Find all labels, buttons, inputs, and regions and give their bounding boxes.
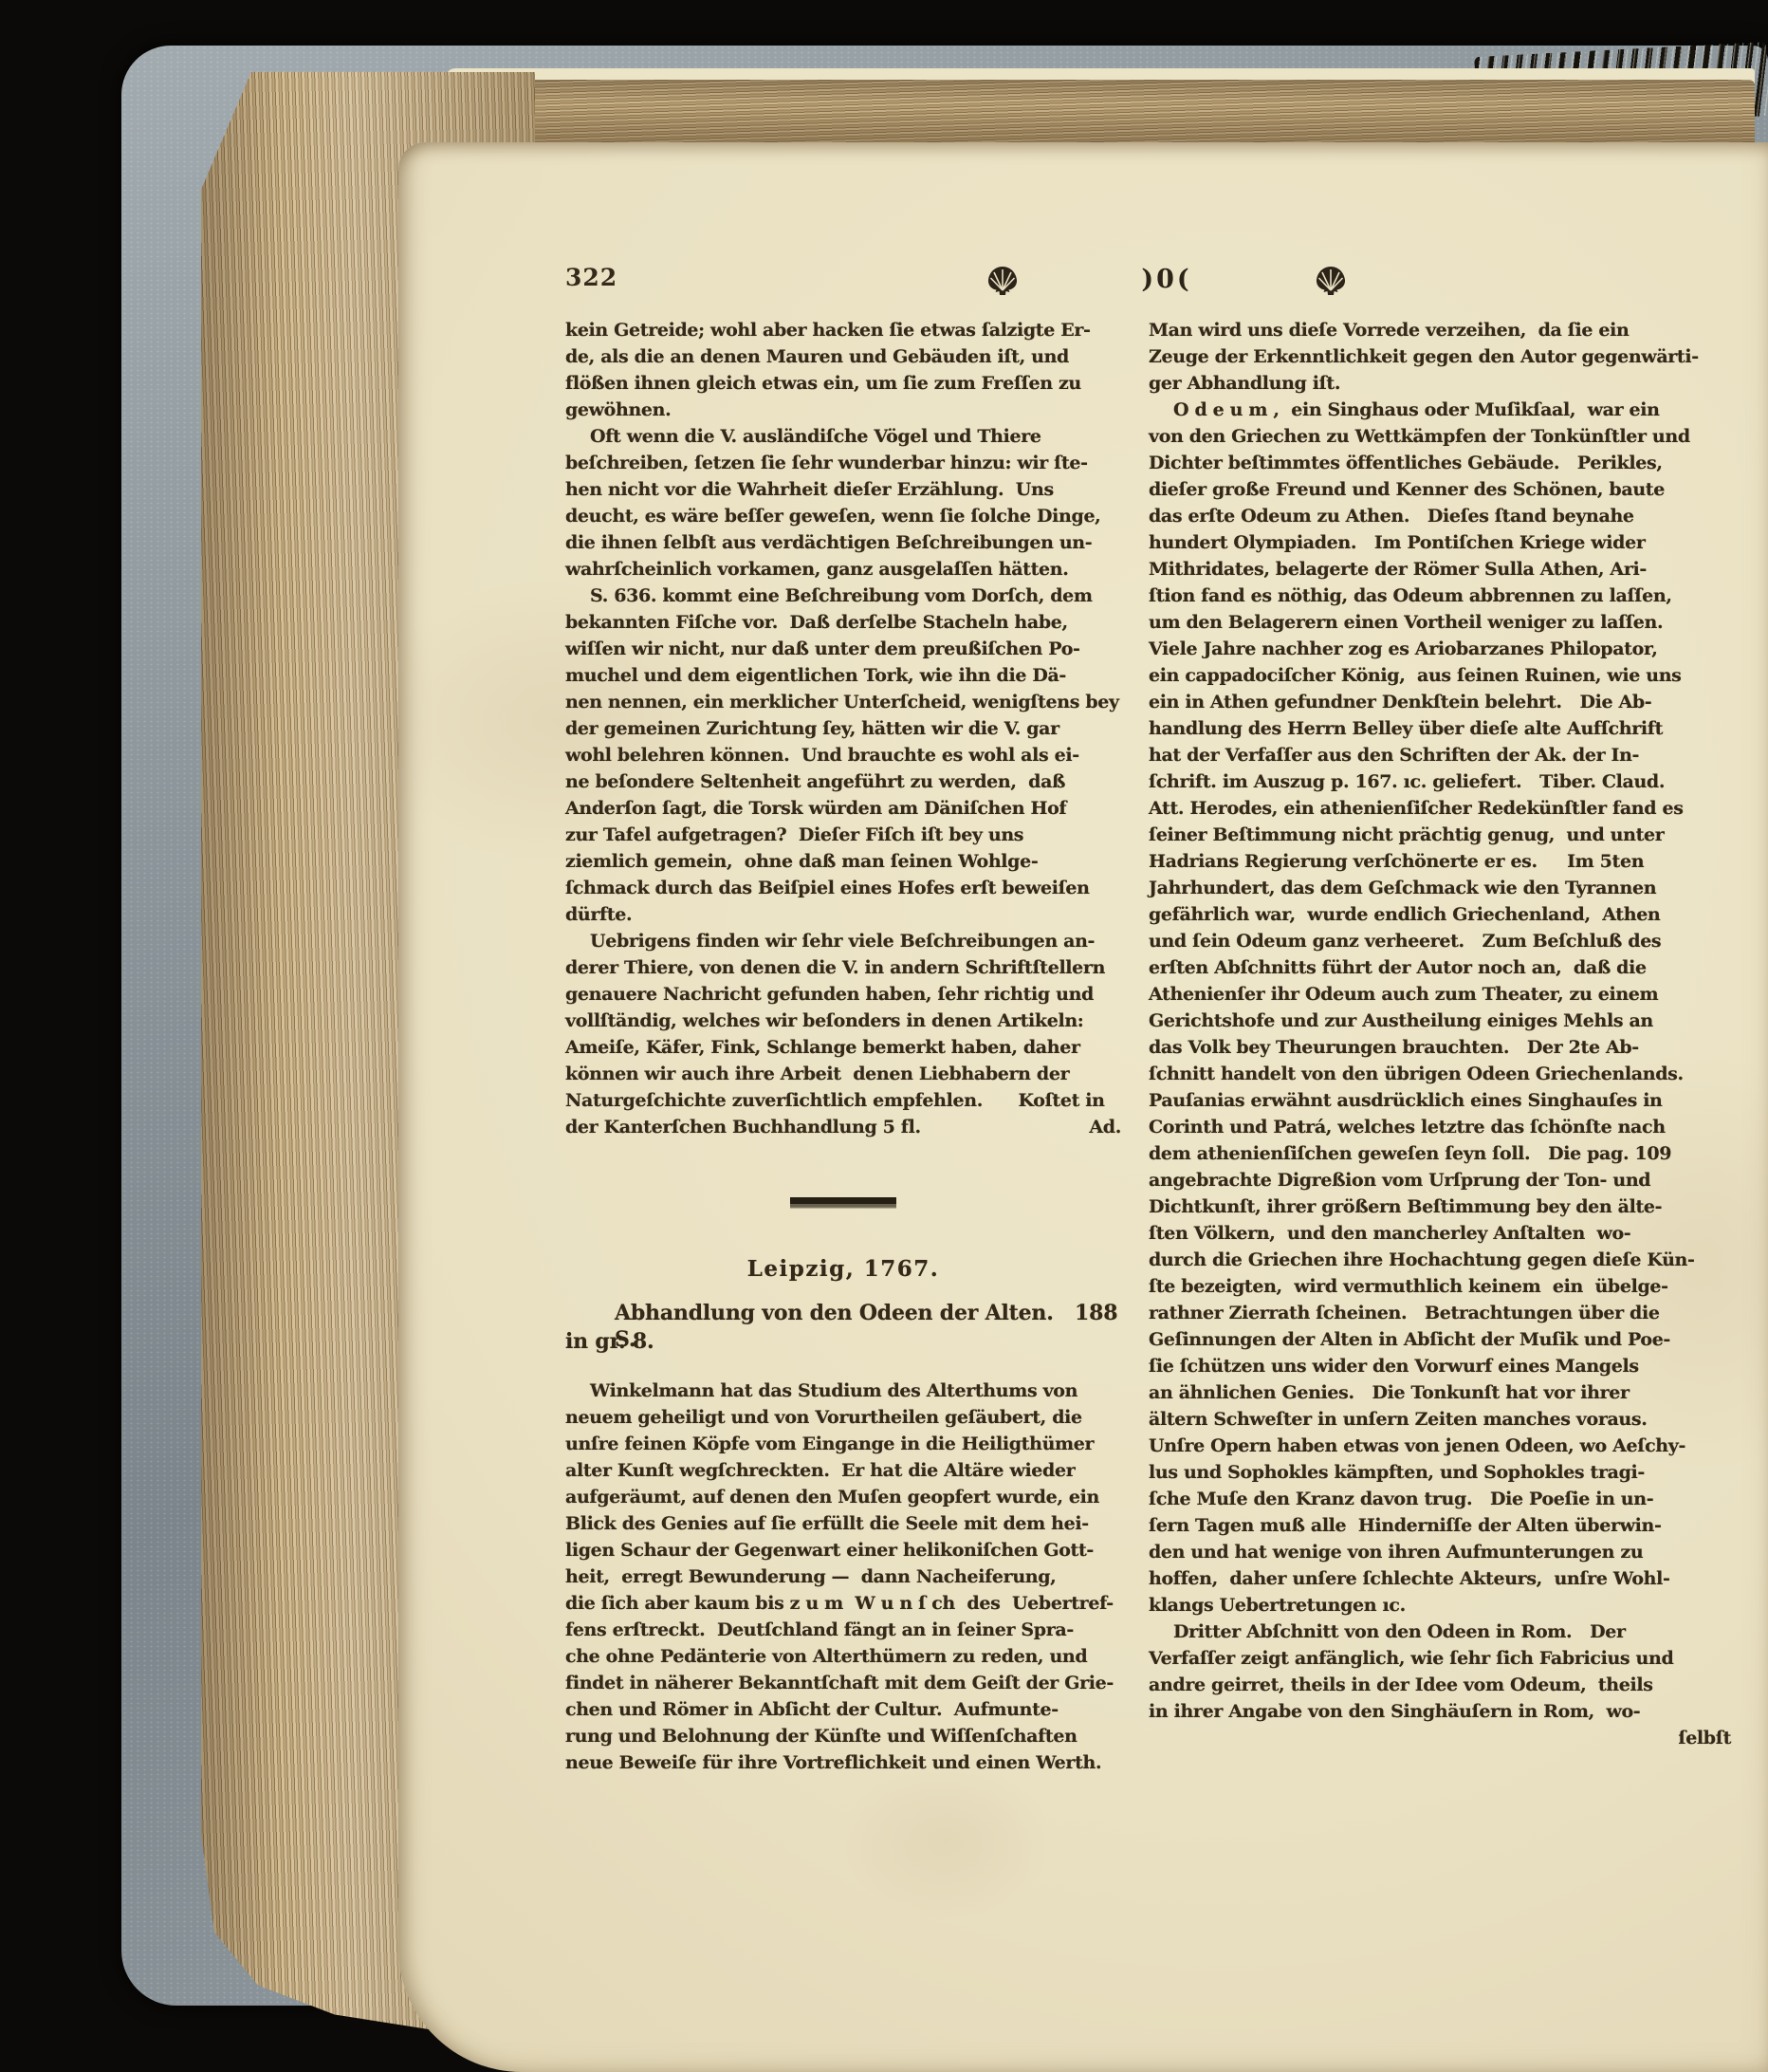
text-line: Ameiſe, Käfer, Fink, Schlange bemerkt ha… [565,1034,1121,1061]
text-line: handlung des Herrn Belley über dieſe alt… [1149,715,1731,742]
text-line: che ohne Pedänterie von Alterthümern zu … [565,1643,1121,1670]
text-line: Anderſon ſagt, die Torsk würden am Däniſ… [565,795,1121,822]
text-line: angebrachte Digreßion vom Urſprung der T… [1149,1167,1731,1193]
text-line: lus und Sophokles kämpften, und Sophokle… [1149,1459,1731,1486]
text-line: von den Griechen zu Wettkämpfen der Tonk… [1149,423,1731,450]
text-line: der Kanterſchen Buchhandlung 5 fl.Ad. [565,1114,1121,1140]
signature-mark: )0( [1141,265,1191,294]
text-line: ſeiner Beſtimmung nicht prächtig genug, … [1149,822,1731,848]
text-line: hat der Verfaſſer aus den Schriften der … [1149,742,1731,768]
text-line: das Volk bey Theurungen brauchten. Der 2… [1149,1034,1731,1061]
text-line: wiſſen wir nicht, nur daß unter dem preu… [565,636,1121,662]
text-line: Abhandlung von den Odeen der Alten. 188 … [565,1300,1121,1328]
text-line: Hadrians Regierung verſchönerte er es. I… [1149,848,1731,875]
text-line: ſelbſt [1149,1725,1731,1751]
text-line: an ähnlichen Genies. Die Tonkunſt hat vo… [1149,1379,1731,1406]
text-line: das erſte Odeum zu Athen. Dieſes ſtand b… [1149,503,1731,529]
text-line: gewöhnen. [565,397,1121,423]
text-line: nen nennen, ein merklicher Unterſcheid, … [565,689,1121,715]
text-line: ein in Athen gefundner Denkſtein belehrt… [1149,689,1731,715]
text-line: dürfte. [565,901,1121,928]
text-line: ger Abhandlung iſt. [1149,370,1731,397]
text-line: und ſein Odeum ganz verheeret. Zum Beſch… [1149,928,1731,954]
text-line: ſtion fand es nöthig, das Odeum abbrenne… [1149,583,1731,609]
text-line: S. 636. kommt eine Beſchreibung vom Dorſ… [565,583,1121,609]
text-line: durch die Griechen ihre Hochachtung gege… [1149,1247,1731,1273]
text-line: in gr. 8. [565,1328,1121,1357]
text-line: Dritter Abſchnitt von den Odeen in Rom. … [1149,1619,1731,1645]
text-line: alter Kunſt wegſchreckten. Er hat die Al… [565,1457,1121,1484]
text-line: ſchmack durch das Beiſpiel eines Hofes e… [565,875,1121,901]
text-line: ſern Tagen muß alle Hinderniſſe der Alte… [1149,1512,1731,1539]
text-line: Gerichtshofe und zur Austheilung einiges… [1149,1008,1731,1034]
text-line: Viele Jahre nachher zog es Ariobarzanes … [1149,636,1731,662]
text-line: klangs Uebertretungen ıc. [1149,1592,1731,1619]
text-line: Man wird uns dieſe Vorrede verzeihen, da… [1149,317,1731,343]
text-line: rung und Belohnung der Künſte und Wiſſen… [565,1723,1121,1749]
reviewer-initials: Ad. [1089,1114,1121,1140]
text-line: ein cappadociſcher König, aus ſeinen Rui… [1149,662,1731,689]
text-line: Uebrigens finden wir ſehr viele Beſchrei… [565,928,1121,954]
text-line: chen und Römer in Abſicht der Cultur. Au… [565,1696,1121,1723]
text-line: Pauſanias erwähnt ausdrücklich eines Sin… [1149,1087,1731,1114]
text-line: Athenienſer ihr Odeum auch zum Theater, … [1149,981,1731,1008]
left-text-column: kein Getreide; wohl aber hacken ſie etwa… [565,317,1121,1776]
text-line: beſchreiben, ſetzen ſie ſehr wunderbar h… [565,450,1121,476]
text-line: muchel und dem eigentlichen Tork, wie ih… [565,662,1121,689]
text-line: ſten Völkern, und den mancherley Anſtalt… [1149,1220,1731,1247]
text-line: ziemlich gemein, ohne daß man ſeinen Woh… [565,848,1121,875]
text-line: Blick des Genies auf ſie erfüllt die See… [565,1510,1121,1537]
text-line: ligen Schaur der Gegenwart einer helikon… [565,1537,1121,1563]
text-line: Leipzig, 1767. [565,1256,1121,1292]
text-line: fens erſtreckt. Deutſchland fängt an in … [565,1617,1121,1643]
section-separator-rule [790,1197,896,1207]
text-line: Verfaſſer zeigt anfänglich, wie ſehr ſic… [1149,1645,1731,1672]
scallop-shell-ornament-icon [1313,265,1349,297]
text-line: um den Belagerern einen Vortheil weniger… [1149,609,1731,636]
text-line: andre geirret, theils in der Idee vom Od… [1149,1672,1731,1698]
text-line: Dichter beſtimmtes öffentliches Gebäude.… [1149,450,1731,476]
text-line: hundert Olympiaden. Im Pontiſchen Kriege… [1149,529,1731,556]
text-line: Unſre Opern haben etwas von jenen Odeen,… [1149,1433,1731,1459]
text-line: Geſinnungen der Alten in Abſicht der Muſ… [1149,1326,1731,1353]
text-line: gefährlich war, wurde endlich Griechenla… [1149,901,1731,928]
text-line: ſte bezeigten, wird vermuthlich keinem e… [1149,1273,1731,1300]
text-line: den und hat wenige von ihren Aufmunterun… [1149,1539,1731,1565]
page-stack-top-edge [362,80,1755,146]
text-line: deucht, es wäre beſſer geweſen, wenn ſie… [565,503,1121,529]
text-line: Oft wenn die V. ausländiſche Vögel und T… [565,423,1121,450]
text-line: wahrſcheinlich vorkamen, ganz ausgelaſſe… [565,556,1121,583]
text-line: ſchrift. im Auszug p. 167. ıc. geliefert… [1149,768,1731,795]
text-line: Dichtkunſt, ihrer größern Beſtimmung bey… [1149,1193,1731,1220]
right-text-column: Man wird uns dieſe Vorrede verzeihen, da… [1149,317,1731,1751]
text-line: die ſich aber kaum bis z u m W u n ſ ch … [565,1590,1121,1617]
text-line: unſre feinen Köpfe vom Eingange in die H… [565,1431,1121,1457]
text-line: neuem geheiligt und von Vorurtheilen geſ… [565,1404,1121,1431]
text-line: hen nicht vor die Wahrheit dieſer Erzähl… [565,476,1121,503]
text-line: bekannten Fiſche vor. Daß derſelbe Stach… [565,609,1121,636]
text-line: der gemeinen Zurichtung ſey, hätten wir … [565,715,1121,742]
text-line: wohl belehren können. Und brauchte es wo… [565,742,1121,768]
text-line: findet in näherer Bekanntſchaft mit dem … [565,1670,1121,1696]
text-line: Zeuge der Erkenntlichkeit gegen den Auto… [1149,343,1731,370]
text-line: neue Beweiſe für ihre Vortreflichkeit un… [565,1749,1121,1776]
text-line: ſie ſchützen uns wider den Vorwurf eines… [1149,1353,1731,1379]
text-line: flößen ihnen gleich etwas ein, um ſie zu… [565,370,1121,397]
text-line: vollſtändig, welches wir beſonders in de… [565,1008,1121,1034]
text-line: derer Thiere, von denen die V. in andern… [565,954,1121,981]
text-line: in ihrer Angabe von den Singhäuſern in R… [1149,1698,1731,1725]
text-line: rathner Zierrath ſcheinen. Betrachtungen… [1149,1300,1731,1326]
text-line: ſchnitt handelt von den übrigen Odeen Gr… [1149,1061,1731,1087]
text-line: dieſer große Freund und Kenner des Schön… [1149,476,1731,503]
text-line: de, als die an denen Mauren und Gebäuden… [565,343,1121,370]
text-line: ne beſondere Seltenheit angeführt zu wer… [565,768,1121,795]
header-ornament-row: )0( [985,258,1349,304]
text-line: Att. Herodes, ein athenienſiſcher Redekü… [1149,795,1731,822]
text-line: dem athenienſiſchen geweſen ſeyn ſoll. D… [1149,1140,1731,1167]
text-line: ſche Muſe den Kranz davon trug. Die Poeſ… [1149,1486,1731,1512]
text-line: Naturgeſchichte zuverſichtlich empfehlen… [565,1087,1121,1114]
text-line: zur Tafel aufgetragen? Dieſer Fiſch iſt … [565,822,1121,848]
text-line: kein Getreide; wohl aber hacken ſie etwa… [565,317,1121,343]
text-line: erſten Abſchnitts führt der Autor noch a… [1149,954,1731,981]
text-line: O d e u m , ein Singhaus oder Muſikſaal,… [1149,397,1731,423]
text-line: die ihnen ſelbſt aus verdächtigen Beſchr… [565,529,1121,556]
text-line: können wir auch ihre Arbeit denen Liebha… [565,1061,1121,1087]
text-line: hoffen, daher unſere ſchlechte Akteurs, … [1149,1565,1731,1592]
text-line: Winkelmann hat das Studium des Alterthum… [565,1378,1121,1404]
text-line: heit, erregt Bewunderung — dann Nacheife… [565,1563,1121,1590]
text-line: aufgeräumt, auf denen den Muſen geopfert… [565,1484,1121,1510]
text-line: Mithridates, belagerte der Römer Sulla A… [1149,556,1731,583]
scallop-shell-ornament-icon [985,265,1021,297]
page-number: 322 [565,264,617,291]
text-line: Jahrhundert, das dem Geſchmack wie den T… [1149,875,1731,901]
text-line-left: der Kanterſchen Buchhandlung 5 fl. [565,1114,921,1140]
text-line: genauere Nachricht gefunden haben, ſehr … [565,981,1121,1008]
book-page: 322 )0( kein Getreide; wohl aber hacken … [398,142,1768,2072]
text-line: ältern Schweſter in unſern Zeiten manche… [1149,1406,1731,1433]
text-line: Corinth und Patrá, welches letztre das ſ… [1149,1114,1731,1140]
